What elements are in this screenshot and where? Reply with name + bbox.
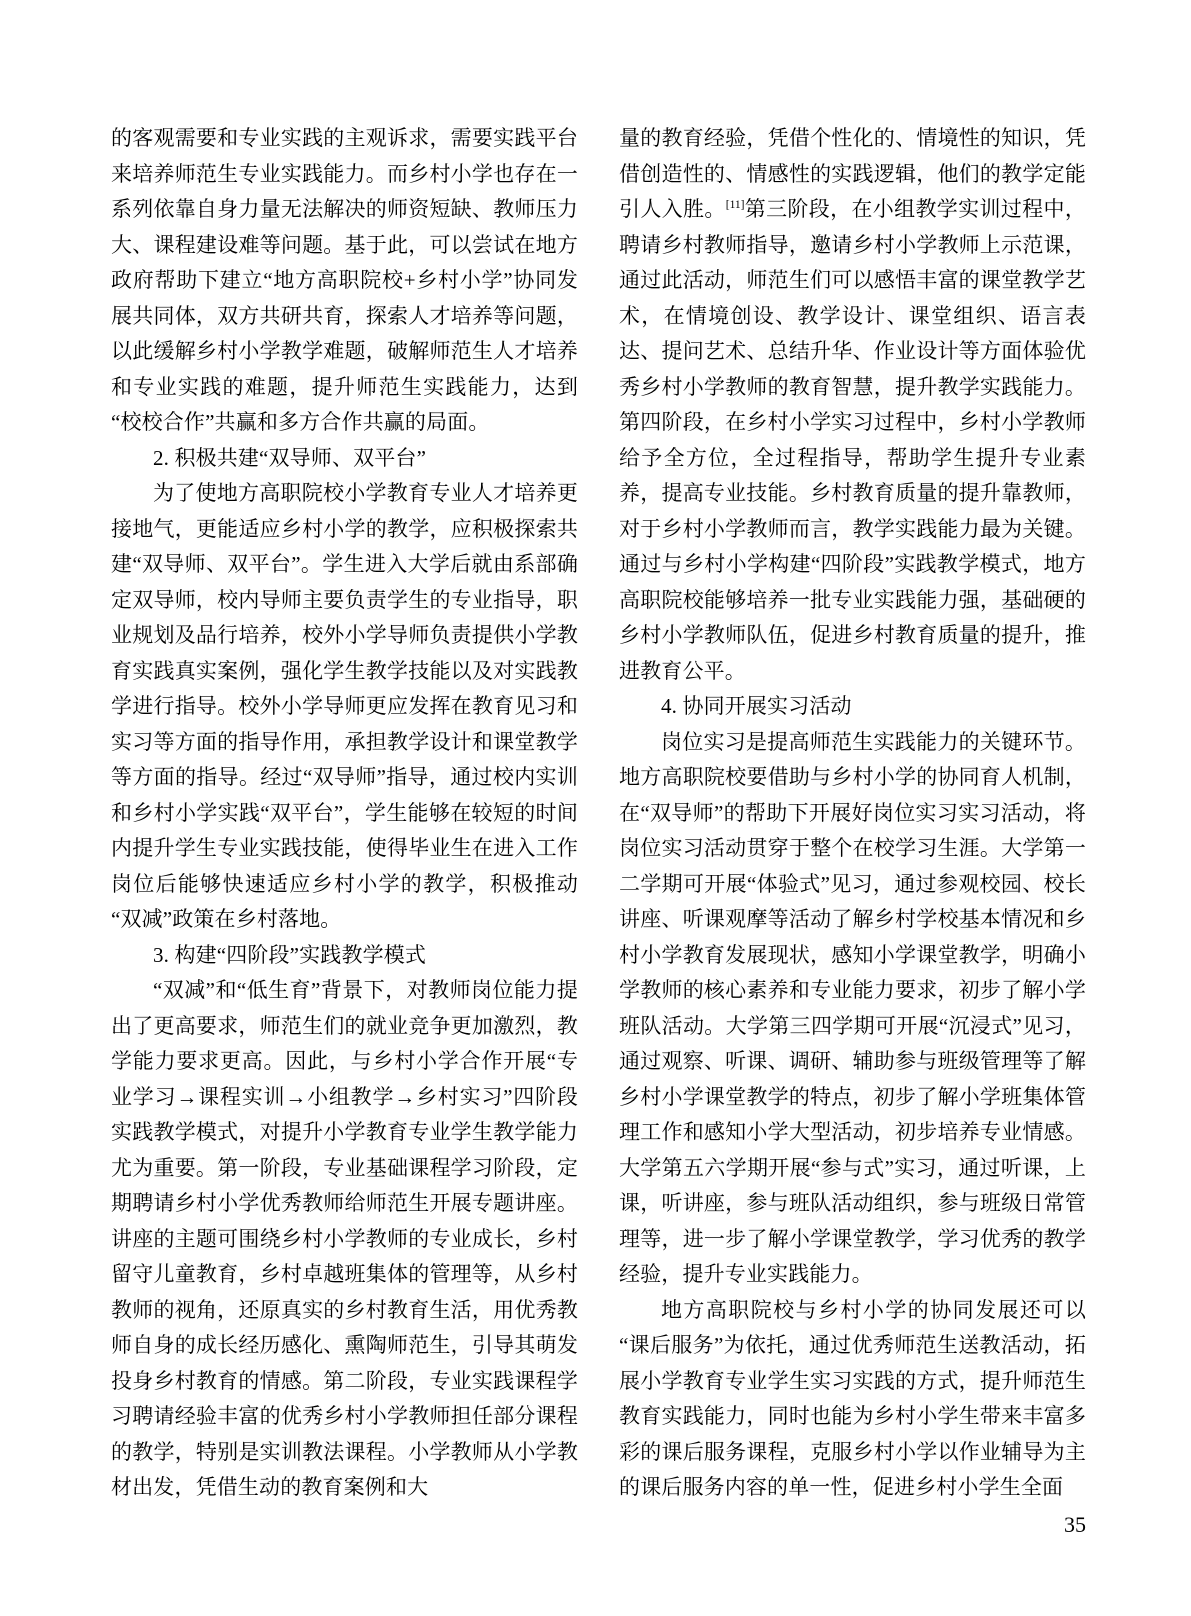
paragraph: 地方高职院校与乡村小学的协同发展还可以“课后服务”为依托，通过优秀师范生送教活动… [619,1293,1086,1506]
paragraph-continuation: 的客观需要和专业实践的主观诉求，需要实践平台来培养师范生专业实践能力。而乡村小学… [111,121,578,441]
citation-reference-11: [11] [726,199,745,211]
paragraph: “双减”和“低生育”背景下，对教师岗位能力提出了更高要求，师范生们的就业竞争更加… [111,973,578,1506]
paragraph-text: 第三阶段，在小组教学实训过程中，聘请乡村教师指导，邀请乡村小学教师上示范课，通过… [619,197,1086,683]
paragraph: 为了使地方高职院校小学教育专业人才培养更接地气，更能适应乡村小学的教学，应积极探… [111,476,578,938]
section-heading-2: 2. 积极共建“双导师、双平台” [111,441,578,477]
paragraph: 岗位实习是提高师范生实践能力的关键环节。地方高职院校要借助与乡村小学的协同育人机… [619,725,1086,1293]
section-heading-4: 4. 协同开展实习活动 [619,689,1086,725]
document-page: 的客观需要和专业实践的主观诉求，需要实践平台来培养师范生专业实践能力。而乡村小学… [0,0,1191,1616]
paragraph-continuation: 量的教育经验，凭借个性化的、情境性的知识，凭借创造性的、情感性的实践逻辑，他们的… [619,121,1086,689]
left-column: 的客观需要和专业实践的主观诉求，需要实践平台来培养师范生专业实践能力。而乡村小学… [111,121,578,1506]
section-heading-3: 3. 构建“四阶段”实践教学模式 [111,938,578,974]
page-number: 35 [1020,1510,1086,1540]
right-column: 量的教育经验，凭借个性化的、情境性的知识，凭借创造性的、情感性的实践逻辑，他们的… [619,121,1086,1506]
